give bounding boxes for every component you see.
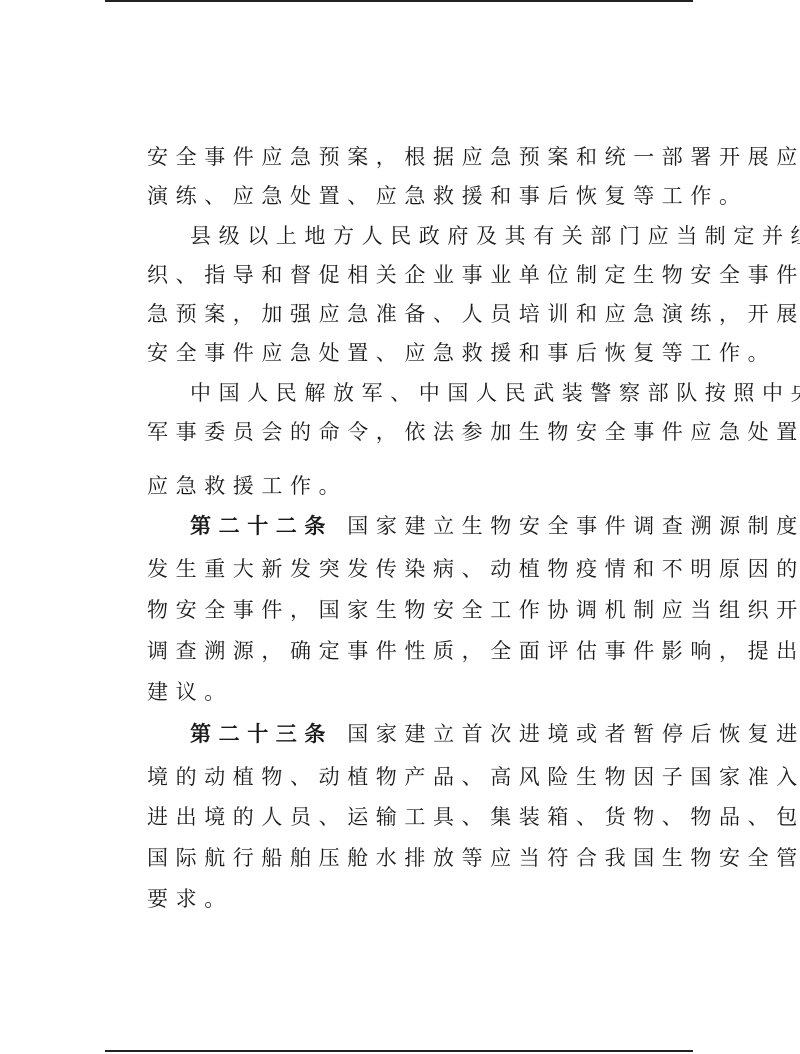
text-line: 发生重大新发突发传染病、动植物疫情和不明原因的生 [147, 554, 677, 584]
article-first-line: 第二十二条 国家建立生物安全事件调查溯源制度。 [190, 511, 720, 541]
line-text: 国家建立生物安全事件调查溯源制度。 [333, 514, 800, 538]
line-text: 调查溯源，确定事件性质，全面评估事件影响，提出意见 [147, 639, 800, 663]
top-rule [105, 0, 693, 2]
line-text: 物安全事件，国家生物安全工作协调机制应当组织开展 [147, 598, 800, 622]
line-text: 急预案，加强应急准备、人员培训和应急演练，开展生物 [147, 302, 800, 326]
bottom-rule [105, 1050, 693, 1052]
text-line: 演练、应急处置、应急救援和事后恢复等工作。 [147, 181, 677, 211]
line-text: 国际航行船舶压舱水排放等应当符合我国生物安全管理 [147, 846, 800, 870]
article-number: 第二十三条 [190, 722, 333, 746]
line-text: 应急救援工作。 [147, 474, 347, 498]
line-text: 中国人民解放军、中国人民武装警察部队按照中央 [190, 381, 800, 405]
line-text: 要求。 [147, 887, 233, 911]
text-line: 调查溯源，确定事件性质，全面评估事件影响，提出意见 [147, 636, 677, 666]
article-first-line: 第二十三条 国家建立首次进境或者暂停后恢复进 [190, 719, 720, 749]
text-line: 军事委员会的命令，依法参加生物安全事件应急处置和 [147, 417, 677, 447]
line-text: 境的动植物、动植物产品、高风险生物因子国家准入制度 [147, 765, 800, 789]
text-line: 急预案，加强应急准备、人员培训和应急演练，开展生物 [147, 299, 677, 329]
line-text: 安全事件应急处置、应急救援和事后恢复等工作。 [147, 341, 776, 365]
text-line: 建议。 [147, 677, 677, 707]
text-line: 进出境的人员、运输工具、集装箱、货物、物品、包装物和 [147, 802, 677, 832]
line-text: 安全事件应急预案，根据应急预案和统一部署开展应急 [147, 145, 800, 169]
text-line: 境的动植物、动植物产品、高风险生物因子国家准入制度 [147, 762, 677, 792]
text-line: 国际航行船舶压舱水排放等应当符合我国生物安全管理 [147, 843, 677, 873]
line-text: 发生重大新发突发传染病、动植物疫情和不明原因的生 [147, 557, 800, 581]
text-line: 县级以上地方人民政府及其有关部门应当制定并组 [190, 221, 720, 251]
line-text: 县级以上地方人民政府及其有关部门应当制定并组 [190, 224, 800, 248]
line-text: 织、指导和督促相关企业事业单位制定生物安全事件应 [147, 263, 800, 287]
text-line: 安全事件应急处置、应急救援和事后恢复等工作。 [147, 338, 677, 368]
text-line: 物安全事件，国家生物安全工作协调机制应当组织开展 [147, 595, 677, 625]
text-line: 应急救援工作。 [147, 471, 677, 501]
article-number: 第二十二条 [190, 514, 333, 538]
line-text: 进出境的人员、运输工具、集装箱、货物、物品、包装物和 [147, 805, 800, 829]
text-line: 中国人民解放军、中国人民武装警察部队按照中央 [190, 378, 720, 408]
line-text: 国家建立首次进境或者暂停后恢复进 [333, 722, 800, 746]
line-text: 建议。 [147, 680, 233, 704]
text-line: 要求。 [147, 884, 677, 914]
text-line: 织、指导和督促相关企业事业单位制定生物安全事件应 [147, 260, 677, 290]
text-line: 安全事件应急预案，根据应急预案和统一部署开展应急 [147, 142, 677, 172]
line-text: 演练、应急处置、应急救援和事后恢复等工作。 [147, 184, 748, 208]
line-text: 军事委员会的命令，依法参加生物安全事件应急处置和 [147, 420, 800, 444]
